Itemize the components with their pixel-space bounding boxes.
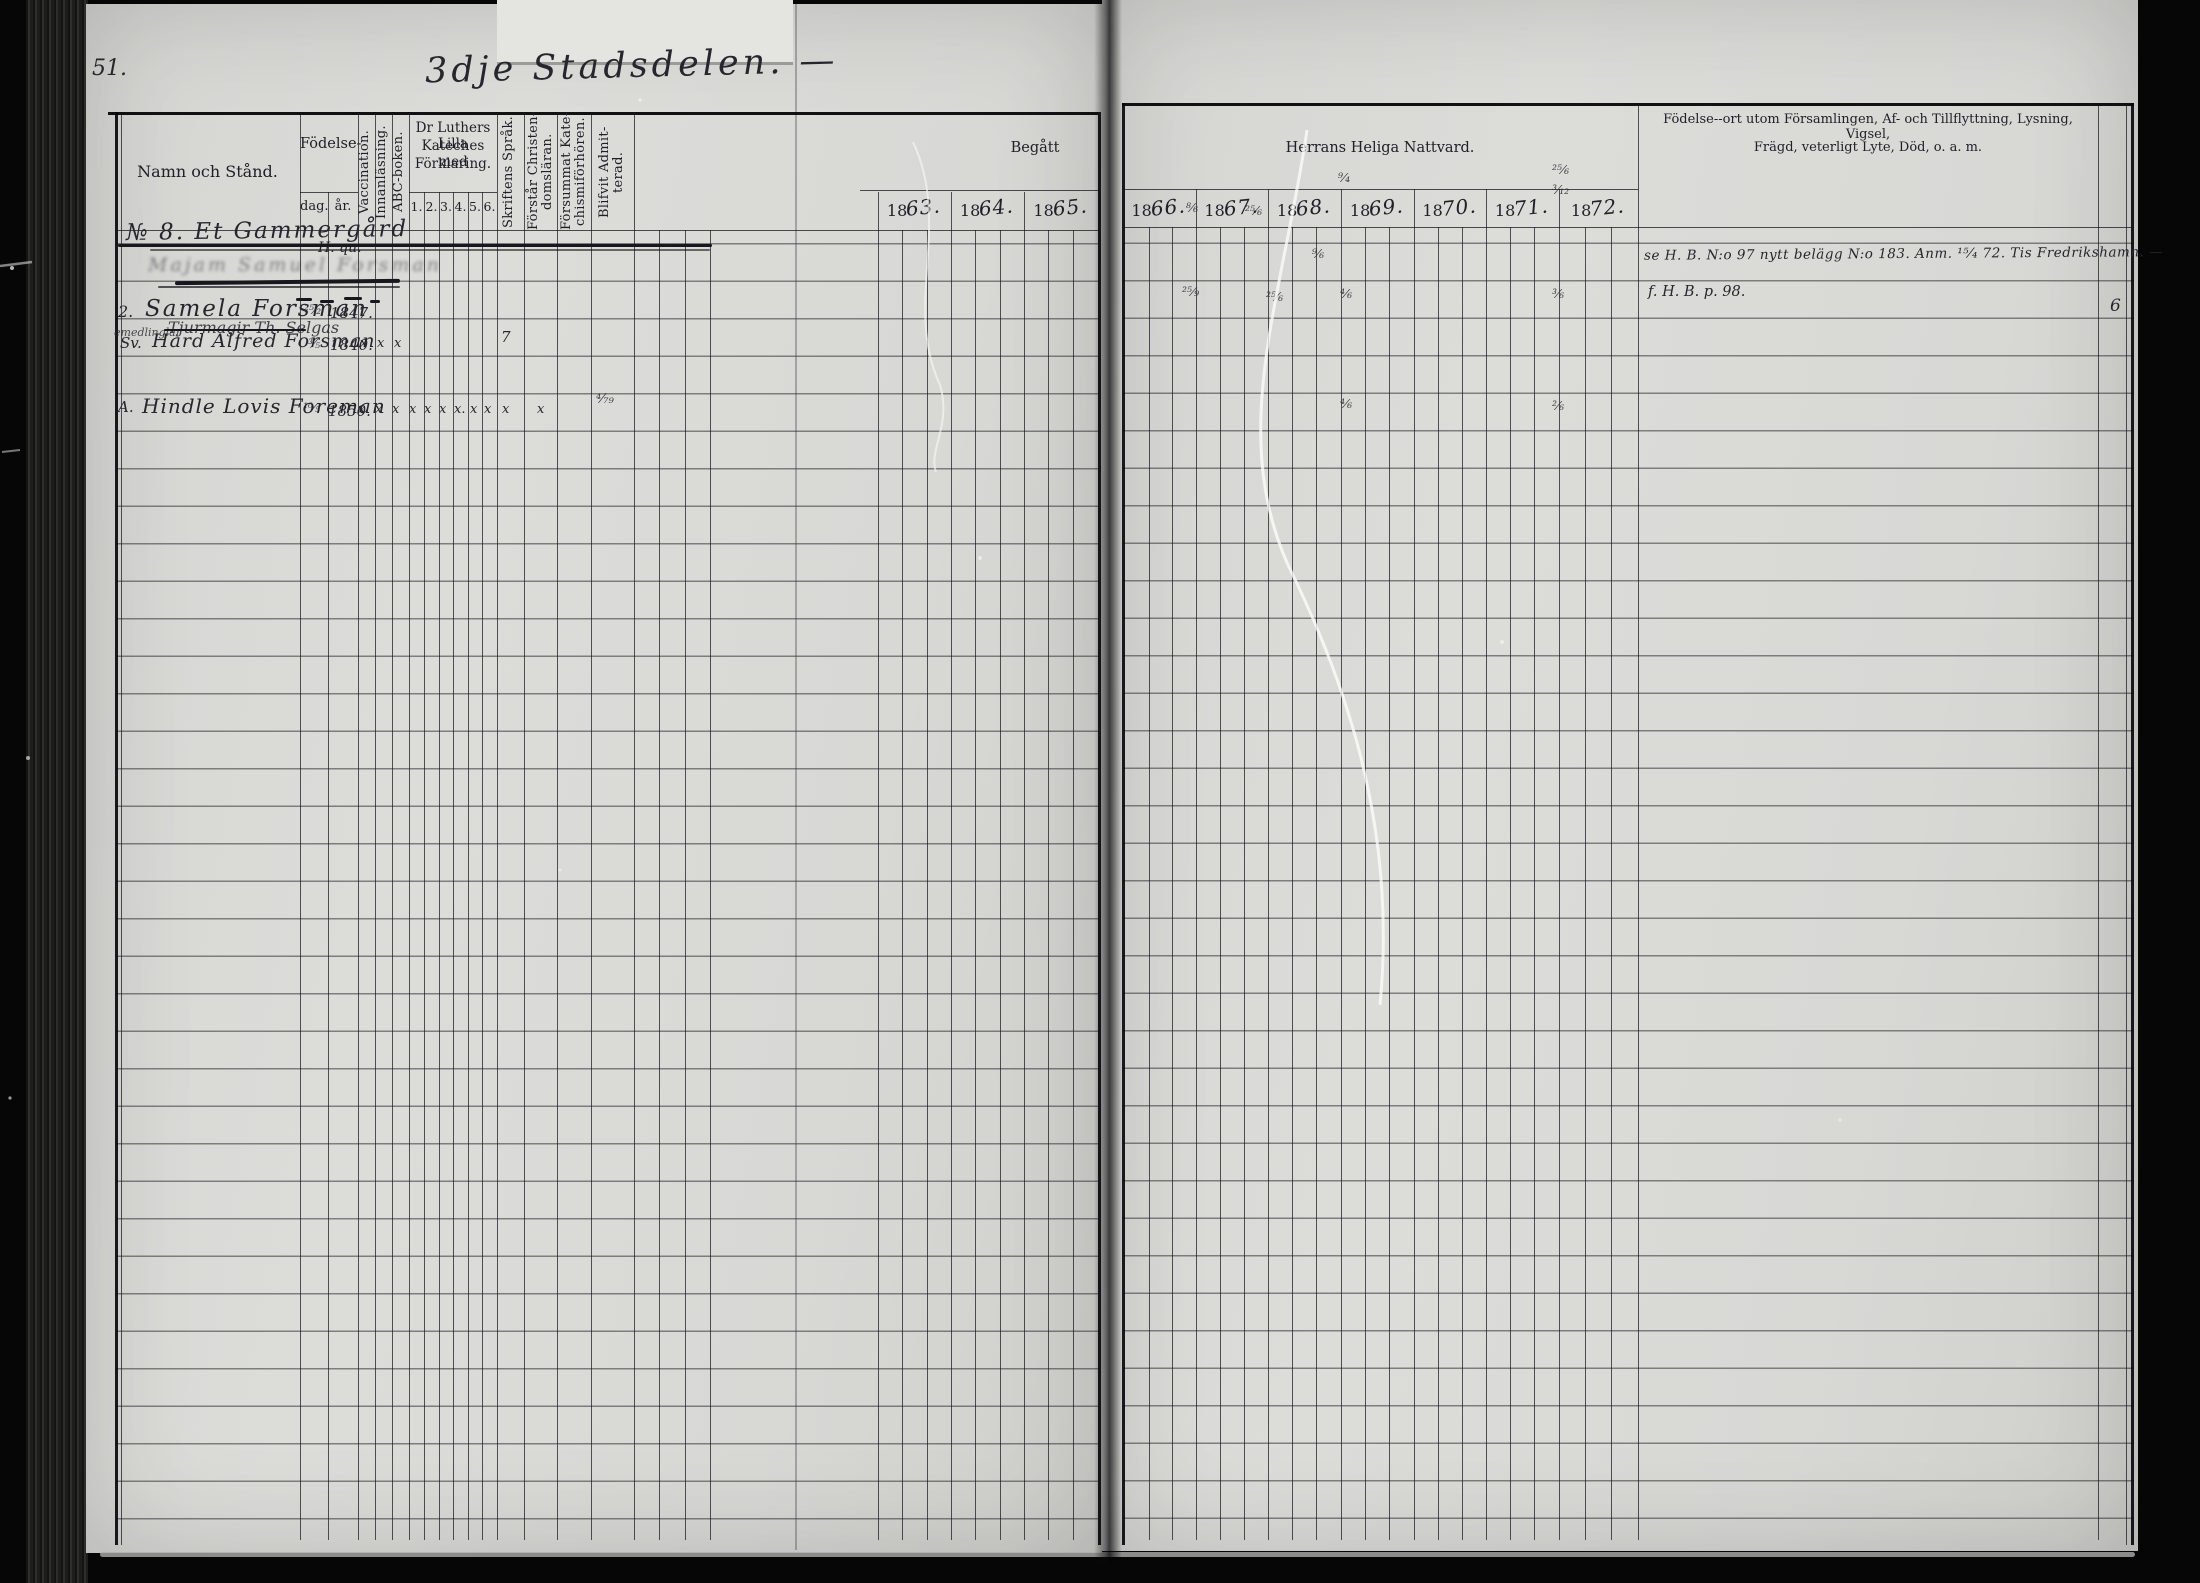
column-header-name: Namn och Stånd. [115,162,300,181]
communion-mark: ⁹⁄₄ [1338,170,1350,185]
grid-vertical-line [2098,103,2099,1540]
entry-4-check: x [424,402,431,417]
communion-mark: ²⁵⁄₉ [1182,284,1199,299]
grid-vertical-line [878,192,879,1540]
catechism-col-4: 4. [453,199,468,214]
column-header-missed-1: Försummat Kate- [559,114,574,230]
year-script: 66. [1149,193,1186,221]
communion-mark: ²⁄₆ [1552,398,1564,413]
scratch-line [2,450,20,452]
grid-vertical-line [1559,189,1560,1540]
entry-3-scripture-mark: 7 [501,328,511,346]
grid-horizontal-line [108,112,1098,115]
column-header-missed-2: chismiförhören. [573,114,588,230]
year-script: 72. [1589,193,1626,221]
grid-horizontal-line [409,192,497,193]
communion-mark: ²⁵⁄₆ [1245,203,1262,218]
grid-vertical-line [1414,189,1415,1540]
grid-vertical-line [453,192,454,1540]
grid-vertical-line [468,192,469,1540]
column-header-communion: Herrans Heliga Nattvard. [1122,140,1638,156]
communion-mark: ²⁵⁄₆ [1266,289,1283,304]
grid-horizontal-line [860,190,1098,191]
grid-vertical-line [1510,227,1511,1540]
grid-vertical-line [2131,103,2134,1545]
entry-4-check: x [409,402,416,417]
grid-vertical-line [358,115,359,1540]
catechism-col-3: 3. [439,199,453,214]
year-script: 68. [1295,193,1332,221]
grid-vertical-line [1534,227,1535,1540]
communion-mark: ²⁵⁄₆ [1552,162,1569,177]
entry-4-check: x [502,402,509,417]
column-header-abc-book: ABC-boken. [391,116,406,228]
grid-vertical-line [1585,227,1586,1540]
grid-vertical-line [409,115,410,1540]
grid-vertical-line [591,115,592,1540]
grid-vertical-line [685,230,686,1540]
year-script: 63. [905,193,942,221]
grid-vertical-line [1244,227,1245,1540]
year-printed: 18 [1277,201,1297,220]
year-1872: 1872. [1559,197,1638,221]
column-header-scripture: Skriftens Språk. [501,114,516,230]
grid-vertical-line [1389,227,1390,1540]
year-printed: 18 [1422,201,1442,220]
year-1866: 1866. [1122,197,1196,221]
year-1865: 1865. [1024,197,1098,221]
grid-vertical-line [1486,189,1487,1540]
grid-vertical-line [424,192,425,1540]
column-header-understands-2: domsläran. [540,114,555,230]
communion-mark: ³⁄₆ [1552,286,1564,301]
entry-household-name: № 8. Et Gammergård [126,216,408,246]
year-printed: 18 [1350,201,1370,220]
entry-3-abc-mark: x [394,336,401,351]
document-scan: 51. 3dje Stadsdelen. — Namn och Stånd. F… [0,0,2200,1583]
grid-vertical-line [497,115,498,1540]
grid-vertical-line [1196,189,1197,1540]
catechism-col-2: 2. [424,199,439,214]
grid-vertical-line [902,230,903,1540]
grid-vertical-line [392,115,393,1540]
entry-4-missed-mark: ⁴⁄₇₉ [596,392,614,407]
grid-vertical-line [659,230,660,1540]
entry-2-birth-day: ²⁵⁄₂ [304,302,321,317]
year-1870: 1870. [1414,197,1486,221]
grid-vertical-line [557,115,558,1540]
grid-vertical-line [524,115,525,1540]
handwritten-underline [150,249,710,251]
film-speck [10,266,14,270]
grid-horizontal-line [1122,103,2134,106]
catechism-col-5: 5. [468,199,482,214]
grid-horizontal-line [300,192,358,193]
grid-vertical-line [1172,227,1173,1540]
grid-vertical-line [634,115,635,1540]
year-script: 64. [978,193,1015,221]
grid-vertical-line [1073,230,1074,1540]
grid-vertical-line [1122,103,1125,1545]
column-header-understands-1: Förstår Christen- [526,114,541,230]
right-page-edge-sliver [2142,88,2158,1328]
grid-vertical-line [375,115,376,1540]
year-1863: 1863. [878,197,951,221]
year-printed: 18 [960,201,980,220]
grid-vertical-line [1438,227,1439,1540]
grid-vertical-line [951,192,952,1540]
film-speck [8,1096,11,1099]
year-1864: 1864. [951,197,1024,221]
column-header-admitted-2: terad. [611,122,626,222]
book-gutter-shadow [1094,0,1122,1562]
entry-struck-name: Majam Samuel Forsman [148,254,442,276]
entry-4-check: x [375,402,382,417]
strikethrough-line [158,286,400,288]
right-page-ruled-lines [1123,227,2134,1540]
grid-vertical-line [710,230,711,1540]
catechism-col-1: 1. [409,199,424,214]
grid-horizontal-line [1122,227,2134,228]
year-printed: 18 [1131,201,1151,220]
communion-mark: ³⁄₁₂ [1552,182,1569,197]
year-1869: 1869. [1341,197,1414,221]
year-printed: 18 [1495,201,1515,220]
year-printed: 18 [887,201,907,220]
entry-4-check: x [439,402,446,417]
catechism-col-6: 6. [482,199,497,214]
communion-mark: ⁸⁄₆ [1186,200,1198,215]
grid-vertical-line [1316,227,1317,1540]
entry-4-check: x. [454,402,465,417]
grid-vertical-line [1048,230,1049,1540]
entry-2-index: 2. [118,302,133,321]
entry-3-reading-mark: x [377,336,384,351]
pen-dash [344,297,362,300]
grid-vertical-line [1611,227,1612,1540]
book-fore-edge-pages [26,0,88,1583]
pen-dash [296,298,312,301]
entry-4-birth-day: ¹⁰⁄₅ [303,400,320,415]
column-header-catechism-3: Förklaring. [409,156,497,172]
column-header-birth-year: år. [328,199,358,214]
year-printed: 18 [1033,201,1053,220]
entry-4-check: x [470,402,477,417]
year-script: 71. [1513,193,1550,221]
grid-vertical-line [1462,227,1463,1540]
communion-mark: ⁹⁄₆ [1312,246,1324,261]
strikethrough-line [164,329,306,331]
entry-4-check: x [484,402,491,417]
grid-vertical-line [927,230,928,1540]
communion-mark: ⁴⁄₆ [1340,286,1352,301]
entry-3-prefix: Sv. [120,334,142,352]
handwritten-underline [118,244,712,247]
grid-vertical-line [1149,227,1150,1540]
year-script: 70. [1440,193,1477,221]
entry-4-check: x [392,402,399,417]
grid-vertical-line [1341,189,1342,1540]
column-header-reading: Innanläsning. [374,116,389,228]
pen-dash [370,300,380,303]
entry-4-check: x [358,402,365,417]
column-header-notes-2: Frägd, veterligt Lyte, Död, o. a. m. [1642,140,2094,155]
entry-4-prefix: A. [118,398,134,416]
column-header-admitted-1: Blifvit Admit- [597,122,612,222]
grid-vertical-line [1000,230,1001,1540]
column-header-birth-day: dag. [300,199,328,214]
grid-vertical-line [2126,103,2127,1545]
year-1868: 1868. [1268,197,1341,221]
year-printed: 18 [1204,201,1224,220]
grid-vertical-line [1638,103,1639,1540]
pen-dash [320,300,334,303]
note-reference: f. H. B. p. 98. [1648,284,1745,300]
entry-3-vaccination-mark: x [360,336,367,351]
entry-4-check: x [537,402,544,417]
grid-vertical-line [1292,227,1293,1540]
grid-vertical-line [1365,227,1366,1540]
communion-mark: ⁴⁄₆ [1340,396,1352,411]
grid-vertical-line [439,192,440,1540]
folio-number: 51. [92,56,127,81]
grid-vertical-line [795,4,797,1550]
grid-vertical-line [975,230,976,1540]
column-header-vaccination: Vaccination. [357,116,372,228]
grid-vertical-line [1268,189,1269,1540]
grid-vertical-line [1024,192,1025,1540]
year-script: 69. [1368,193,1405,221]
column-header-notes-1: Födelse--ort utom Församlingen, Af- och … [1642,112,2094,142]
year-printed: 18 [1571,201,1591,220]
year-1871: 1871. [1486,197,1559,221]
entry-3-birth-day: ³⁄₅ [308,336,320,351]
grid-vertical-line [1220,227,1221,1540]
grid-vertical-line [482,192,483,1540]
column-header-birth: Födelse- [300,136,358,152]
year-script: 65. [1051,193,1088,221]
note-edge-mark: 6 [2110,296,2121,316]
